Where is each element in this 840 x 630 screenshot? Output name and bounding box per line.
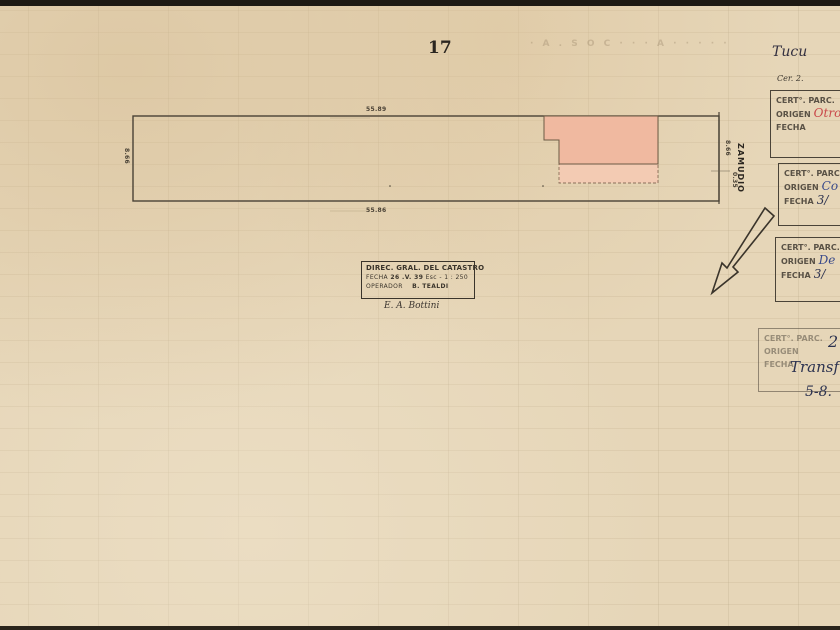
margin-handwriting: Tucu xyxy=(772,44,807,60)
fecha-handwriting: 3/ xyxy=(814,267,826,281)
cadastral-sheet: · A . S O C · · · A · · · · · 17 55.89 5… xyxy=(0,6,840,626)
cert-title: CERT°. PARC. xyxy=(764,334,823,343)
cert-stamp-3: CERT°. PARC. ORIGENDe FECHA3/ xyxy=(775,237,840,302)
signature: E. A. Bottini xyxy=(384,301,439,311)
cert-title: CERT°. PARC. xyxy=(784,169,840,178)
cert-title: CERT°. PARC. xyxy=(776,96,835,105)
stamp-title: DIREC. GRAL. DEL CATASTRO xyxy=(366,264,470,272)
operador-label: OPERADOR xyxy=(366,283,403,290)
fecha-label: FECHA xyxy=(776,123,806,132)
cert-4-extra-handwriting: 2 xyxy=(828,332,838,351)
escala-label: Esc - 1 : xyxy=(426,274,454,281)
origen-label: ORIGEN xyxy=(764,347,799,356)
top-length-label: 55.89 xyxy=(366,106,386,113)
fecha-label: FECHA xyxy=(781,271,811,280)
stamp-operator-row: OPERADOR B. TEALDI xyxy=(366,283,470,290)
origen-handwriting: De xyxy=(819,253,836,267)
origen-handwriting: Otro xyxy=(814,106,840,120)
fecha-label: FECHA xyxy=(366,274,388,281)
left-width-label: 8.66 xyxy=(123,148,130,164)
margin-small-note: Cer. 2. xyxy=(777,74,804,83)
street-name: ZAMUDIO xyxy=(736,143,745,193)
cert-4-origen-handwriting: Transf xyxy=(790,358,839,376)
bottom-length-label: 55.86 xyxy=(366,207,386,214)
cert-stamp-1: CERT°. PARC. ORIGENOtro FECHA xyxy=(770,90,840,158)
fecha-value: 26 .V. 39 xyxy=(390,274,423,281)
origen-label: ORIGEN xyxy=(776,110,811,119)
escala-value: 250 xyxy=(455,274,468,281)
lot-plan-drawing xyxy=(0,6,840,626)
origen-label: ORIGEN xyxy=(781,257,816,266)
fecha-label: FECHA xyxy=(784,197,814,206)
origen-handwriting: Co xyxy=(822,179,838,193)
fecha-handwriting: 3/ xyxy=(817,193,829,207)
building-dashed-extension xyxy=(559,164,658,183)
direction-arrow xyxy=(712,208,774,293)
origen-label: ORIGEN xyxy=(784,183,819,192)
cert-4-date-handwriting: 5-8. xyxy=(805,384,832,400)
cert-stamp-2: CERT°. PARC. ORIGENCo FECHA3/ xyxy=(778,163,840,226)
right-width-label: 8.66 xyxy=(724,140,731,156)
building-footprint xyxy=(544,116,658,164)
cert-title: CERT°. PARC. xyxy=(781,243,840,252)
stamp-date-row: FECHA 26 .V. 39 Esc - 1 : 250 xyxy=(366,274,470,281)
catastro-stamp: DIREC. GRAL. DEL CATASTRO FECHA 26 .V. 3… xyxy=(361,261,475,299)
scan-edge xyxy=(0,626,840,630)
operador-value: B. TEALDI xyxy=(412,283,448,290)
